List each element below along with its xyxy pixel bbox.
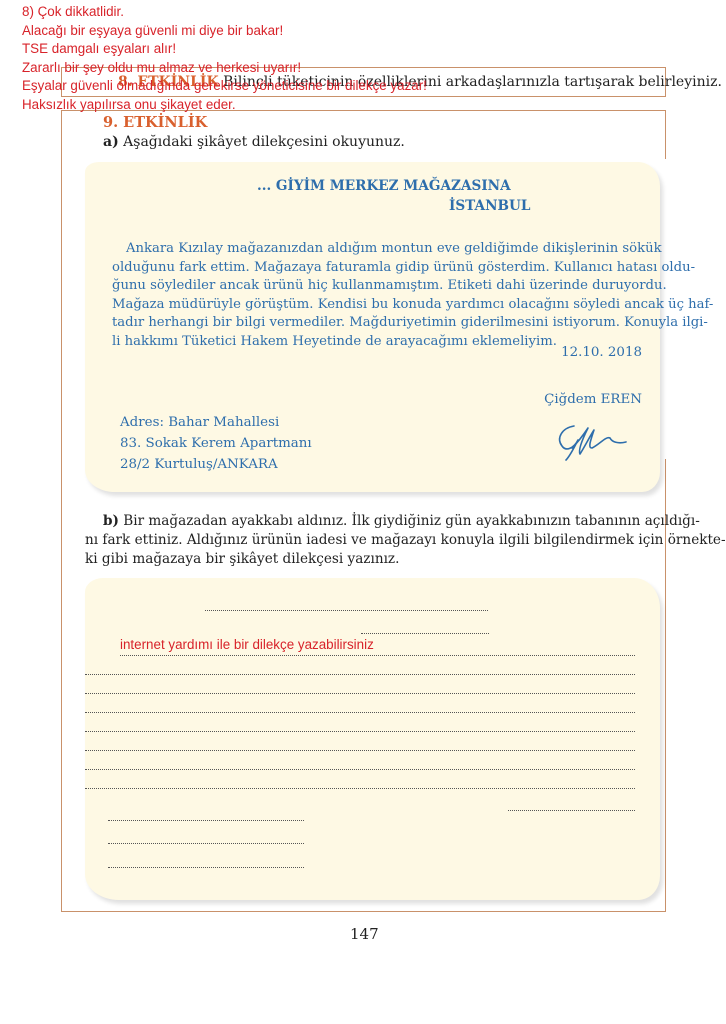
answer-note-line: Zararlı bir şey oldu mu almaz ve herkesi… (22, 59, 427, 78)
answer-note-line: Haksızlık yapılırsa onu şikayet eder. (22, 96, 427, 115)
letter-signer: Çiğdem EREN (544, 392, 642, 407)
letter-date: 12.10. 2018 (561, 345, 642, 360)
answer-note-line: Alacağı bir eşyaya güvenli mi diye bir b… (22, 22, 427, 41)
writing-line-field[interactable] (85, 731, 635, 732)
writing-line-field[interactable] (85, 788, 635, 789)
writing-paper (85, 578, 660, 900)
answer-note-line: 8) Çok dikkatlidir. (22, 3, 427, 22)
activity-9-title: 9. ETKİNLİK (103, 114, 207, 131)
letter-body-line: olduğunu fark ettim. Mağazaya faturamla … (112, 259, 642, 278)
part-b-line: Bir mağazadan ayakkabı aldınız. İlk giyd… (123, 513, 700, 529)
addressee-line-field[interactable] (205, 610, 488, 611)
letter-body-line: Ankara Kızılay mağazanızdan aldığım mont… (112, 240, 642, 259)
part-b-line: ki gibi mağazaya bir şikâyet dilekçesi y… (85, 550, 660, 569)
letter-body-line: Mağaza müdürüyle görüştüm. Kendisi bu ko… (112, 296, 642, 315)
part-a-instruction: a) Aşağıdaki şikâyet dilekçesini okuyunu… (103, 134, 405, 150)
letter-addressee: ... GİYİM MERKEZ MAĞAZASINA (257, 178, 511, 194)
address-line-field[interactable] (108, 867, 304, 868)
writing-line-field[interactable] (85, 693, 635, 694)
page-number: 147 (350, 925, 379, 943)
part-b-instruction: b) Bir mağazadan ayakkabı aldınız. İlk g… (85, 512, 660, 569)
answer-note-line: TSE damgalı eşyaları alır! (22, 40, 427, 59)
hint-text: internet yardımı ile bir dilekçe yazabil… (120, 637, 374, 652)
date-line-field[interactable] (508, 810, 635, 811)
address-line: 28/2 Kurtuluş/ANKARA (120, 454, 312, 475)
writing-line-field[interactable] (85, 750, 635, 751)
writing-line-field[interactable] (85, 674, 635, 675)
signature-icon (552, 418, 632, 463)
part-a-label: a) (103, 134, 119, 150)
writing-line-field[interactable] (120, 655, 635, 656)
address-line-field[interactable] (108, 843, 304, 844)
city-line-field[interactable] (361, 633, 489, 634)
letter-addressee-city: İSTANBUL (449, 198, 530, 214)
writing-line-field[interactable] (85, 769, 635, 770)
answer-notes: 8) Çok dikkatlidir. Alacağı bir eşyaya g… (22, 3, 427, 115)
part-b-label: b) (103, 513, 119, 529)
letter-address: Adres: Bahar Mahallesi 83. Sokak Kerem A… (120, 412, 312, 475)
part-b-line: nı fark ettiniz. Aldığınız ürünün iadesi… (85, 531, 660, 550)
address-line-field[interactable] (108, 820, 304, 821)
address-line: Adres: Bahar Mahallesi (120, 412, 312, 433)
letter-body-line: tadır herhangi bir bilgi vermediler. Mağ… (112, 314, 642, 333)
answer-note-line: Eşyalar güvenli olmadığında gerekirse yö… (22, 77, 427, 96)
address-line: 83. Sokak Kerem Apartmanı (120, 433, 312, 454)
part-a-text: Aşağıdaki şikâyet dilekçesini okuyunuz. (123, 134, 405, 150)
letter-body-line: ğunu söylediler ancak ürünü hiç kullanma… (112, 277, 642, 296)
writing-line-field[interactable] (85, 712, 635, 713)
letter-body: Ankara Kızılay mağazanızdan aldığım mont… (112, 240, 642, 351)
